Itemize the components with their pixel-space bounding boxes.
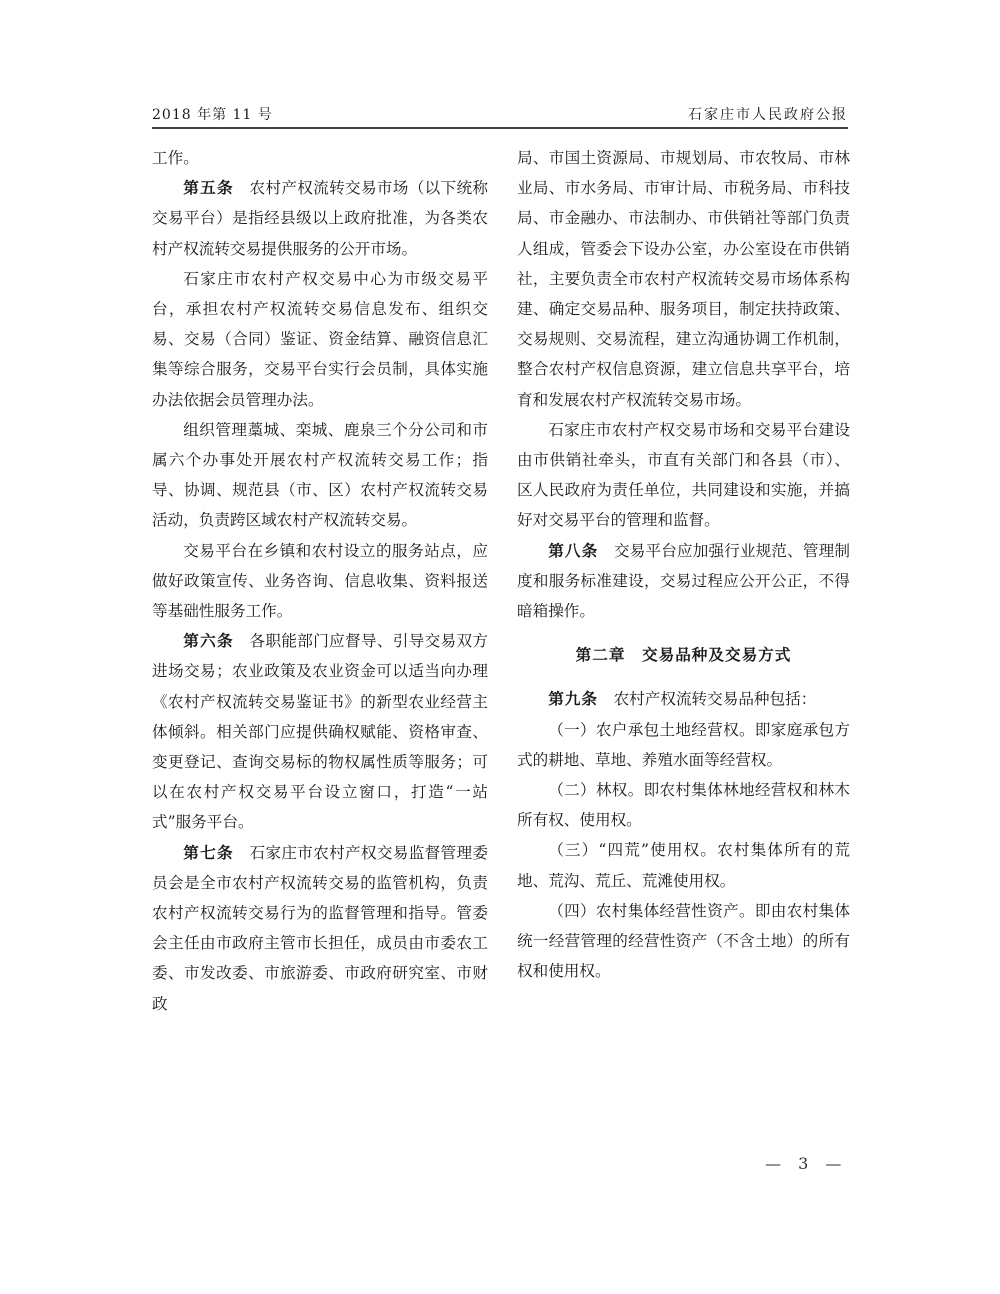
list-item: （二）林权。即农村集体林地经营权和林木所有权、使用权。	[517, 775, 850, 835]
left-column: 工作。 第五条农村产权流转交易市场（以下统称交易平台）是指经县级以上政府批准，为…	[152, 143, 488, 1019]
article-text: 石家庄市农村产权交易监督管理委员会是全市农村产权流转交易的监管机构，负责农村产权…	[152, 844, 488, 1013]
page-number: — 3 —	[765, 1154, 847, 1173]
article-text: 各职能部门应督导、引导交易双方进场交易；农业政策及农业资金可以适当向办理《农村产…	[152, 632, 488, 831]
list-item: （三）“四荒”使用权。农村集体所有的荒地、荒沟、荒丘、荒滩使用权。	[517, 835, 850, 895]
paragraph-continuation: 工作。	[152, 143, 488, 173]
publication-title: 石家庄市人民政府公报	[688, 104, 848, 124]
list-item: （四）农村集体经营性资产。即由农村集体统一经营管理的经营性资产（不含土地）的所有…	[517, 896, 850, 987]
running-header: 2018 年第 11 号 石家庄市人民政府公报	[152, 104, 848, 128]
article-7: 第七条石家庄市农村产权交易监督管理委员会是全市农村产权流转交易的监管机构，负责农…	[152, 838, 488, 1019]
article-9: 第九条农村产权流转交易品种包括：	[517, 684, 850, 714]
right-column: 局、市国土资源局、市规划局、市农牧局、市林业局、市水务局、市审计局、市税务局、市…	[517, 143, 850, 986]
issue-number: 2018 年第 11 号	[152, 104, 273, 124]
article-label: 第七条	[183, 844, 234, 862]
article-6: 第六条各职能部门应督导、引导交易双方进场交易；农业政策及农业资金可以适当向办理《…	[152, 626, 488, 837]
list-item: （一）农户承包土地经营权。即家庭承包方式的耕地、草地、养殖水面等经营权。	[517, 715, 850, 775]
paragraph: 交易平台在乡镇和农村设立的服务站点，应做好政策宣传、业务咨询、信息收集、资料报送…	[152, 536, 488, 627]
article-label: 第六条	[183, 632, 234, 650]
article-label: 第八条	[548, 542, 598, 560]
article-5: 第五条农村产权流转交易市场（以下统称交易平台）是指经县级以上政府批准，为各类农村…	[152, 173, 488, 264]
header-rule	[152, 127, 848, 129]
article-label: 第五条	[183, 179, 234, 197]
paragraph: 石家庄市农村产权交易中心为市级交易平台，承担农村产权流转交易信息发布、组织交易、…	[152, 264, 488, 415]
article-label: 第九条	[548, 690, 598, 708]
chapter-heading: 第二章 交易品种及交易方式	[517, 640, 850, 670]
paragraph-continuation: 局、市国土资源局、市规划局、市农牧局、市林业局、市水务局、市审计局、市税务局、市…	[517, 143, 850, 415]
paragraph: 石家庄市农村产权交易市场和交易平台建设由市供销社牵头，市直有关部门和各县（市）、…	[517, 415, 850, 536]
article-text: 农村产权流转交易品种包括：	[614, 690, 817, 708]
paragraph: 组织管理藁城、栾城、鹿泉三个分公司和市属六个办事处开展农村产权流转交易工作；指导…	[152, 415, 488, 536]
article-8: 第八条交易平台应加强行业规范、管理制度和服务标准建设，交易过程应公开公正，不得暗…	[517, 536, 850, 627]
